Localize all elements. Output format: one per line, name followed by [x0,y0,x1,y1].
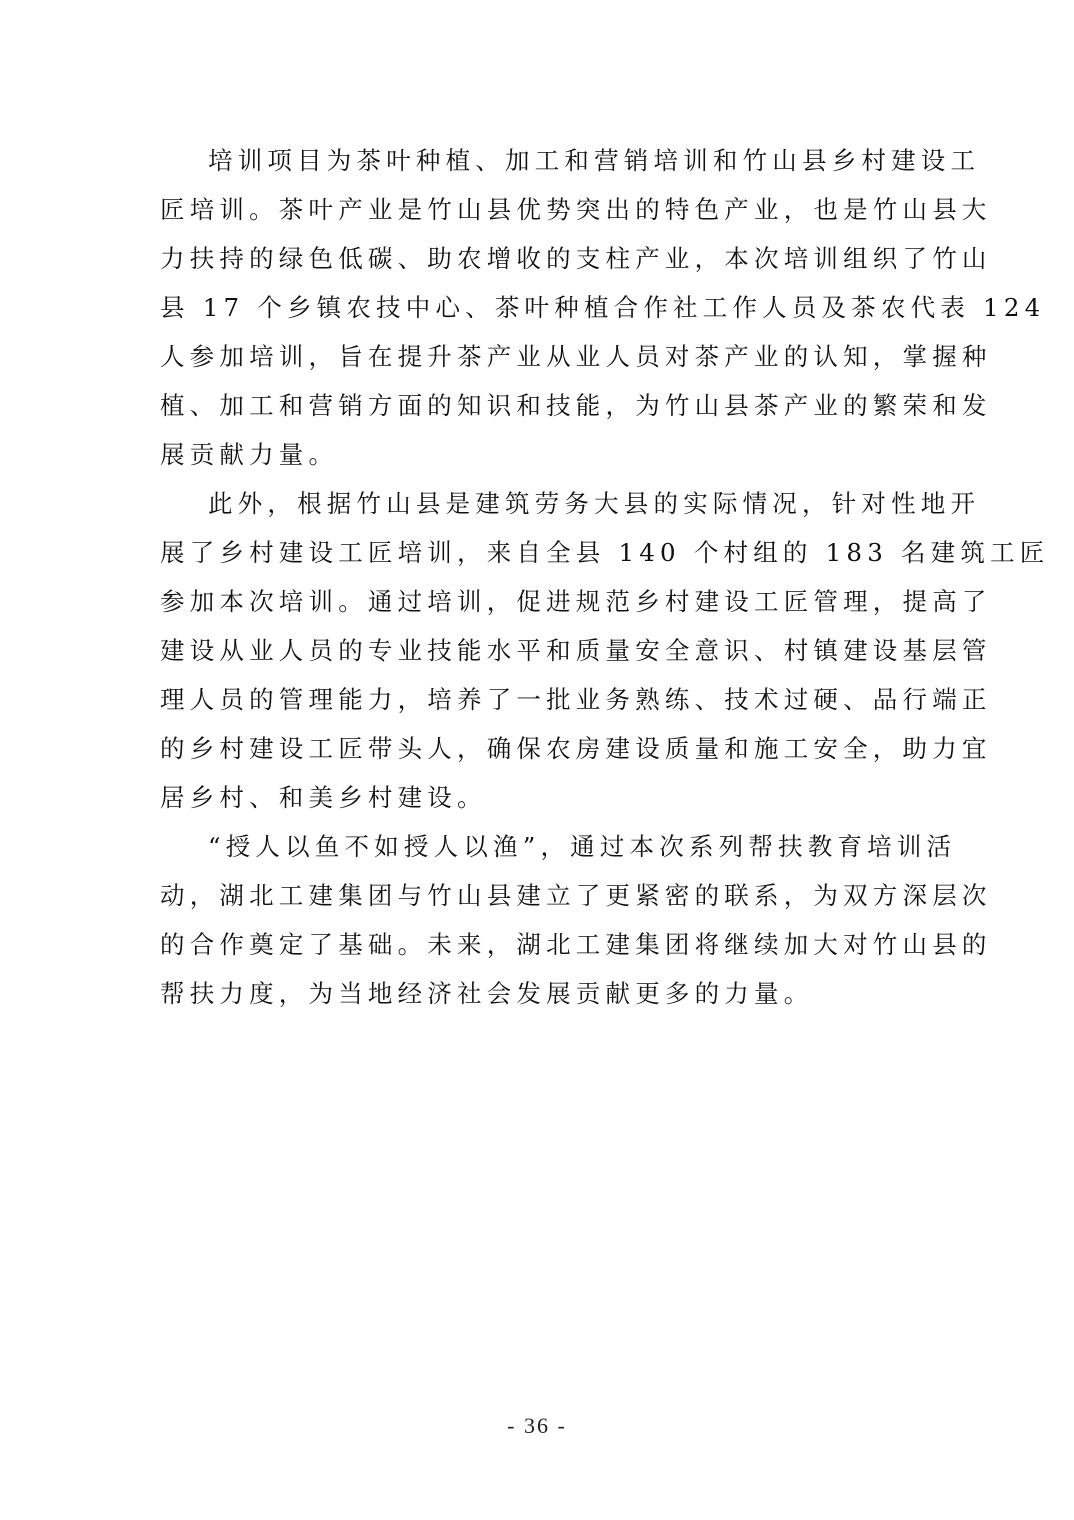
text-line: “授人以鱼不如授人以渔”，通过本次系列帮扶教育培训活 [160,822,930,871]
page-number: - 36 - [0,1413,1074,1439]
paragraph-craftsman-training: 此外，根据竹山县是建筑劳务大县的实际情况，针对性地开 展了乡村建设工匠培训，来自… [160,479,930,822]
text-line: 建设从业人员的专业技能水平和质量安全意识、村镇建设基层管 [160,626,930,675]
text-line: 动，湖北工建集团与竹山县建立了更紧密的联系，为双方深层次 [160,871,930,920]
text-line: 此外，根据竹山县是建筑劳务大县的实际情况，针对性地开 [160,479,930,528]
text-line: 县 17 个乡镇农技中心、茶叶种植合作社工作人员及茶农代表 124 [160,283,930,332]
text-line: 展了乡村建设工匠培训，来自全县 140 个村组的 183 名建筑工匠 [160,528,930,577]
paragraph-conclusion: “授人以鱼不如授人以渔”，通过本次系列帮扶教育培训活 动，湖北工建集团与竹山县建… [160,822,930,1018]
text-line: 匠培训。茶叶产业是竹山县优势突出的特色产业，也是竹山县大 [160,185,930,234]
paragraph-tea-training: 培训项目为茶叶种植、加工和营销培训和竹山县乡村建设工 匠培训。茶叶产业是竹山县优… [160,136,930,479]
document-page: 培训项目为茶叶种植、加工和营销培训和竹山县乡村建设工 匠培训。茶叶产业是竹山县优… [0,0,1074,1520]
text-line: 理人员的管理能力，培养了一批业务熟练、技术过硬、品行端正 [160,675,930,724]
text-line: 居乡村、和美乡村建设。 [160,773,930,822]
text-line: 帮扶力度，为当地经济社会发展贡献更多的力量。 [160,969,930,1018]
text-line: 的合作奠定了基础。未来，湖北工建集团将继续加大对竹山县的 [160,920,930,969]
document-body: 培训项目为茶叶种植、加工和营销培训和竹山县乡村建设工 匠培训。茶叶产业是竹山县优… [160,136,930,1018]
text-line: 的乡村建设工匠带头人，确保农房建设质量和施工安全，助力宜 [160,724,930,773]
text-line: 展贡献力量。 [160,430,930,479]
text-line: 植、加工和营销方面的知识和技能，为竹山县茶产业的繁荣和发 [160,381,930,430]
text-line: 人参加培训，旨在提升茶产业从业人员对茶产业的认知，掌握种 [160,332,930,381]
text-line: 力扶持的绿色低碳、助农增收的支柱产业，本次培训组织了竹山 [160,234,930,283]
text-line: 培训项目为茶叶种植、加工和营销培训和竹山县乡村建设工 [160,136,930,185]
text-line: 参加本次培训。通过培训，促进规范乡村建设工匠管理，提高了 [160,577,930,626]
